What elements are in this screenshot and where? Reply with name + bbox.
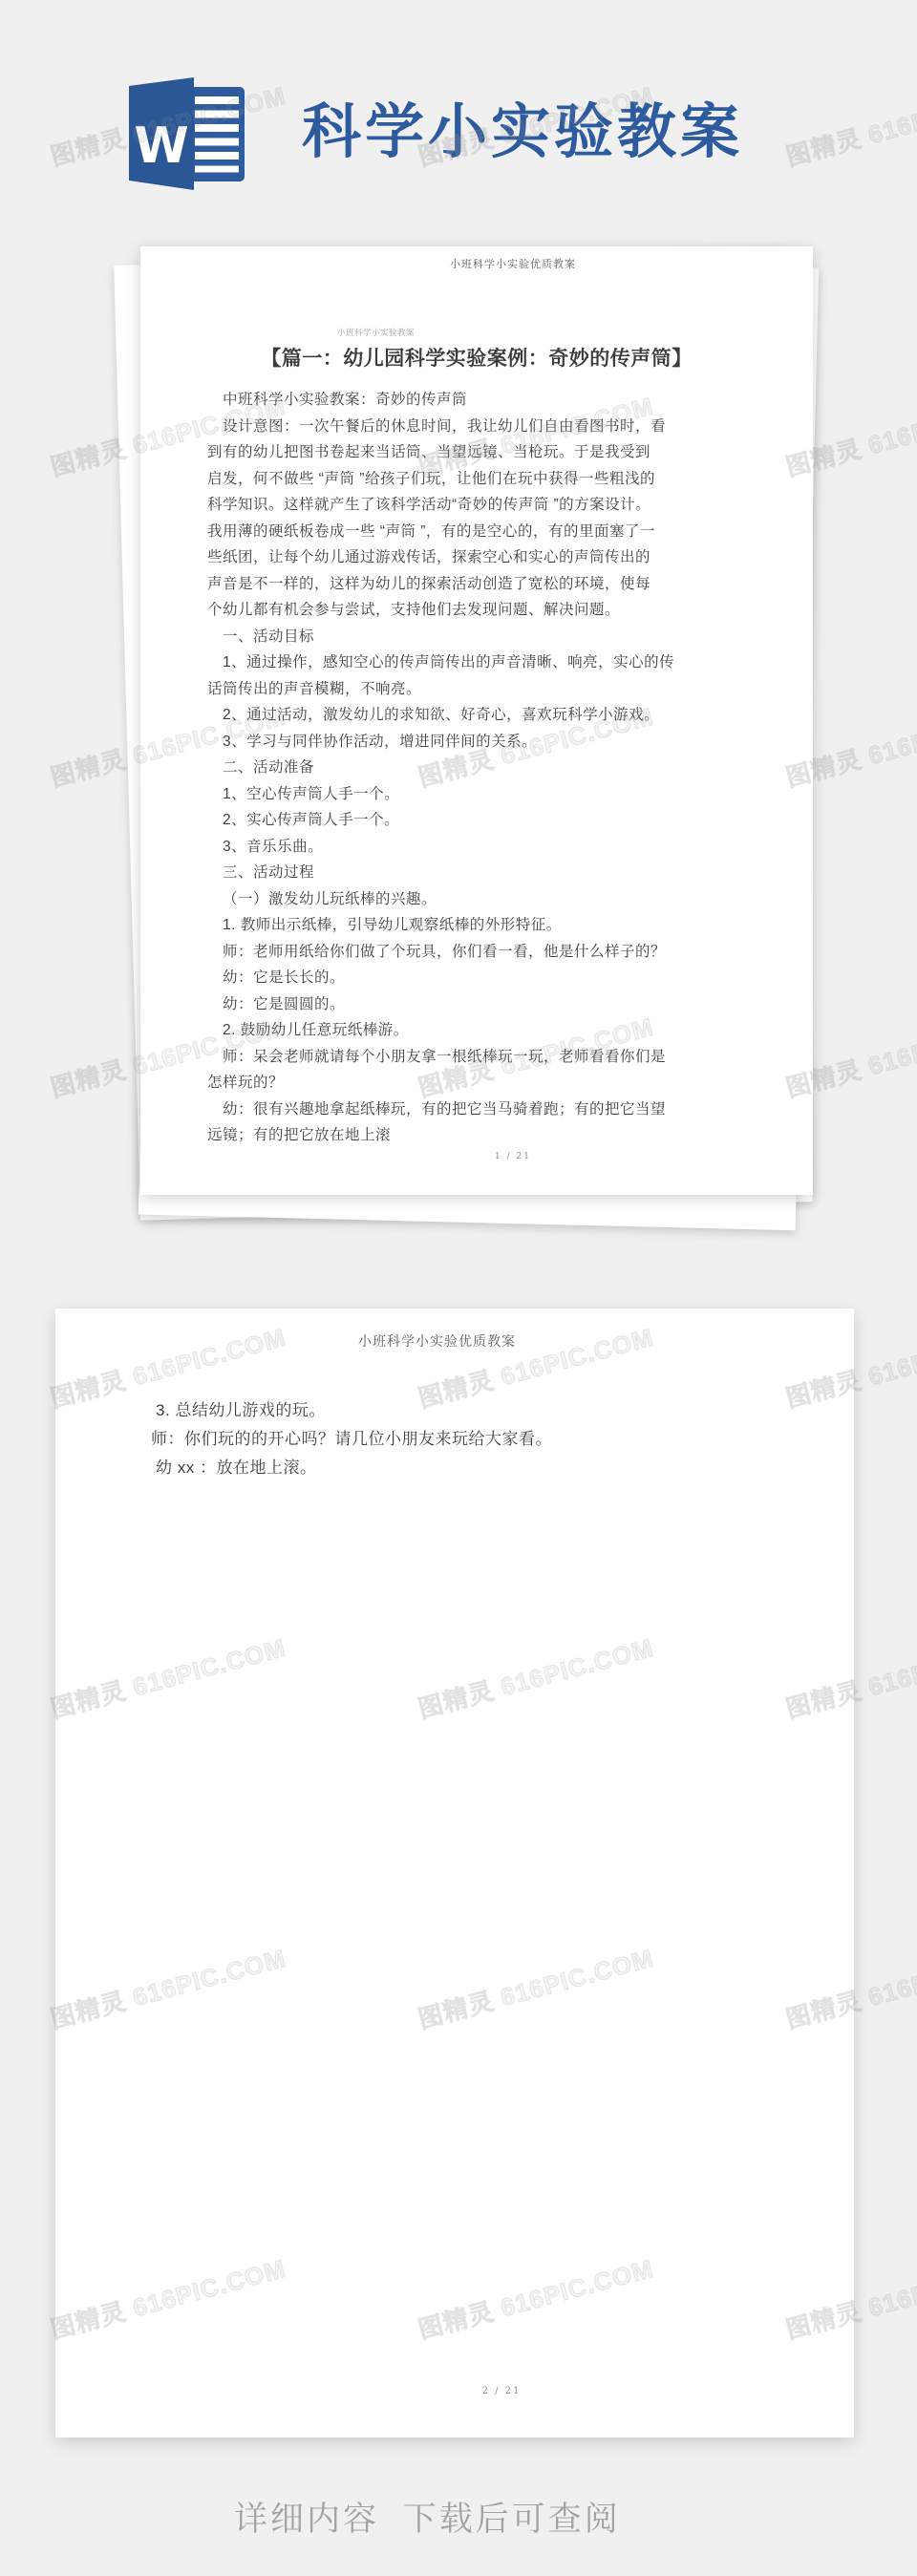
body-line: 声音是不一样的，这样为幼儿的探索活动创造了宽松的环境，使每 — [207, 571, 742, 598]
page1-body: 中班科学小实验教案：奇妙的传声筒设计意图：一次午餐后的休息时间，我让幼儿们自由看… — [207, 387, 742, 1149]
word-icon: W — [122, 75, 251, 194]
body-line: 些纸团，让每个幼儿通过游戏传话，探索空心和实心的声筒传出的 — [207, 544, 742, 571]
body-line: 幼：很有兴趣地拿起纸棒玩，有的把它当马骑着跑；有的把它当望 — [207, 1096, 742, 1123]
body-line: 师：老师用纸给你们做了个玩具，你们看一看，他是什么样子的？ — [207, 939, 742, 966]
body-line: 3. 总结幼儿游戏的玩。 — [151, 1396, 762, 1425]
body-line: 3、学习与同伴协作活动，增进同伴间的关系。 — [207, 729, 742, 756]
body-line: 幼：它是长长的。 — [207, 965, 742, 991]
body-line: 2. 鼓励幼儿任意玩纸棒游。 — [207, 1017, 742, 1044]
document-page-1: 小班科学小实验优质教案 小班科学小实验教案 【篇一：幼儿园科学实验案例：奇妙的传… — [140, 246, 813, 1195]
body-line: 一、活动目标 — [207, 624, 742, 650]
body-line: 我用薄的硬纸板卷成一些 “声筒 ”，有的是空心的，有的里面塞了一 — [207, 519, 742, 545]
body-line: 2、实心传声筒人手一个。 — [207, 807, 742, 834]
bottom-caption: 详细内容 下载后可查阅 — [234, 2493, 621, 2541]
body-line: 远镜；有的把它放在地上滚 — [207, 1122, 742, 1149]
document-page-2: 小班科学小实验优质教案 3. 总结幼儿游戏的玩。师：你们玩的的开心吗？请几位小朋… — [55, 1309, 854, 2438]
body-line: 师：你们玩的的开心吗？请几位小朋友来玩给大家看。 — [151, 1425, 762, 1454]
body-line: 1、通过操作，感知空心的传声筒传出的声音清晰、响亮，实心的传 — [207, 649, 742, 676]
body-line: 到有的幼儿把图书卷起来当话筒、当望远镜、当枪玩。于是我受到 — [207, 439, 742, 466]
page1-running-header: 小班科学小实验优质教案 — [177, 256, 849, 271]
preview-canvas: W 科学小实验教案 小班科学小实验优质教案 小班科学小实验教案 【篇一：幼儿园科… — [0, 0, 917, 2576]
body-line: （一）激发幼儿玩纸棒的兴趣。 — [207, 886, 742, 913]
body-line: 幼：它是圆圆的。 — [207, 991, 742, 1018]
body-line: 师：呆会老师就请每个小朋友拿一根纸棒玩一玩，老师看看你们是 — [207, 1044, 742, 1071]
page1-page-number: 1 / 21 — [177, 1152, 849, 1161]
body-line: 启发，何不做些 “声筒 ”给孩子们玩，让他们在玩中获得一些粗浅的 — [207, 466, 742, 493]
body-line: 1. 教师出示纸棒，引导幼儿观察纸棒的外形特征。 — [207, 912, 742, 939]
body-line: 个幼儿都有机会参与尝试，支持他们去发现问题、解决问题。 — [207, 597, 742, 624]
body-line: 2、通过活动，激发幼儿的求知欲、好奇心，喜欢玩科学小游戏。 — [207, 702, 742, 729]
body-line: 设计意图：一次午餐后的休息时间，我让幼儿们自由看图书时，看 — [207, 414, 742, 440]
body-line: 话筒传出的声音模糊，不响亮。 — [207, 676, 742, 703]
svg-text:W: W — [134, 117, 188, 175]
page2-page-number: 2 / 21 — [102, 2386, 901, 2396]
page2-body: 3. 总结幼儿游戏的玩。师：你们玩的的开心吗？请几位小朋友来玩给大家看。幼 xx… — [151, 1396, 762, 1482]
page1-headline: 【篇一：幼儿园科学实验案例：奇妙的传声筒】 — [140, 343, 813, 372]
page1-mini-label: 小班科学小实验教案 — [337, 327, 415, 338]
body-line: 二、活动准备 — [207, 755, 742, 781]
page2-running-header: 小班科学小实验优质教案 — [358, 1331, 516, 1351]
body-line: 怎样玩的？ — [207, 1070, 742, 1096]
body-line: 科学知识。这样就产生了该科学活动“奇妙的传声筒 ”的方案设计。 — [207, 492, 742, 519]
page-title: 科学小实验教案 — [302, 88, 837, 176]
body-line: 幼 xx ：放在地上滚。 — [151, 1454, 762, 1482]
body-line: 三、活动过程 — [207, 860, 742, 886]
body-line: 中班科学小实验教案：奇妙的传声筒 — [207, 387, 742, 414]
body-line: 1、空心传声筒人手一个。 — [207, 781, 742, 808]
body-line: 3、音乐乐曲。 — [207, 834, 742, 861]
brand-header: W 科学小实验教案 — [0, 0, 917, 220]
